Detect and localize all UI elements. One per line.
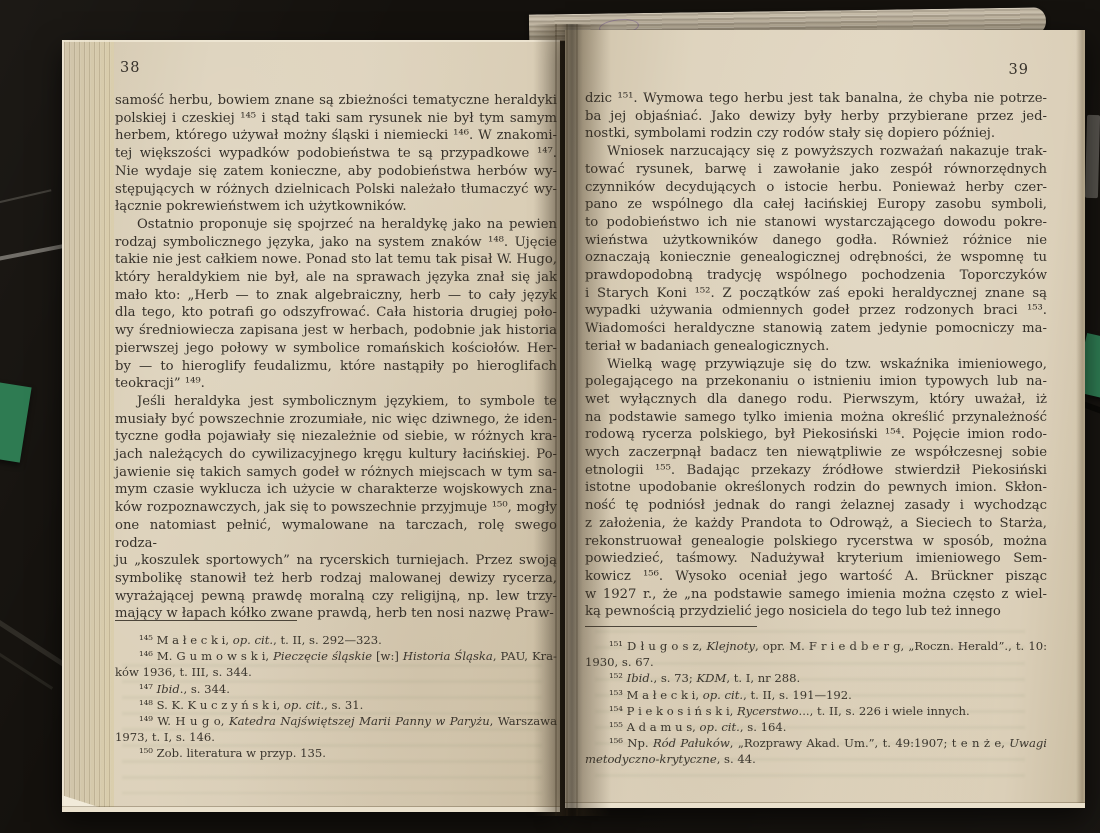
text-line: ¹⁴⁷ Ibid., s. 344. — [115, 681, 557, 697]
paragraph: Jeśli heraldyka jest symbolicznym języki… — [115, 393, 557, 623]
text-line: kowicz ¹⁵⁶. Wysoko oceniał jego wartość … — [585, 568, 1047, 586]
text-line: symbolikę stanowił też herb rodzaj malow… — [115, 570, 557, 588]
text-line: na podstawie samego tylko imienia można … — [585, 409, 1047, 427]
text-line: etnologii ¹⁵⁵. Badając przekazy źródłowe… — [585, 462, 1047, 480]
text-line: polskiej i czeskiej ¹⁴⁵ i stąd taki sam … — [115, 110, 557, 128]
text-line: rodową rycerza polskiego, był Piekosińsk… — [585, 426, 1047, 444]
paragraph: dzic ¹⁵¹. Wymowa tego herbu jest tak ban… — [585, 90, 1047, 143]
body-text-left: samość herbu, bowiem znane są zbieżności… — [115, 92, 557, 623]
text-line: to podobieństwo ich nie stanowi wystarcz… — [585, 214, 1047, 232]
text-line: Nie wydaje się zatem konieczne, aby podo… — [115, 163, 557, 181]
text-line: powiedzieć, taśmowy. Nadużywał kryterium… — [585, 550, 1047, 568]
paragraph: ¹⁵⁵ A d a m u s, op. cit., s. 164. — [585, 719, 1047, 735]
text-line: oznaczają koniecznie genealogicznej odrę… — [585, 249, 1047, 267]
paragraph: ¹⁵² Ibid., s. 73; KDM, t. I, nr 288. — [585, 670, 1047, 686]
text-line: ¹⁵² Ibid., s. 73; KDM, t. I, nr 288. — [585, 670, 1047, 686]
text-line: ¹⁵⁴ P i e k o s i ń s k i, Rycerstwo...,… — [585, 703, 1047, 719]
text-line: Wielką wagę przywiązuje się do tzw. wska… — [585, 356, 1047, 374]
paragraph: ¹⁵⁰ Zob. literatura w przyp. 135. — [115, 745, 557, 761]
text-line: ¹⁴⁹ W. H u g o, Katedra Najświętszej Mar… — [115, 713, 557, 729]
footnotes-right: ¹⁵¹ D ł u g o s z, Klejnoty, opr. M. F r… — [585, 638, 1047, 768]
text-line: musiały być powszechnie zrozumiałe, nic … — [115, 411, 557, 429]
text-line: ba jej objaśniać. Jako dewizy były herby… — [585, 108, 1047, 126]
paragraph: ¹⁴⁷ Ibid., s. 344. — [115, 681, 557, 697]
text-line: Ostatnio proponuje się spojrzeć na heral… — [115, 216, 557, 234]
text-line: istotne upodobanie określonych rodzin do… — [585, 479, 1047, 497]
text-line: ¹⁵³ M a ł e c k i, op. cit., t. II, s. 1… — [585, 687, 1047, 703]
text-line: łącznie pokrewieństwem ich użytkowników. — [115, 198, 557, 216]
text-line: tyczne godła pojawiały się niezależnie o… — [115, 428, 557, 446]
text-line: samość herbu, bowiem znane są zbieżności… — [115, 92, 557, 110]
text-line: ¹⁴⁵ M a ł e c k i, op. cit., t. II, s. 2… — [115, 632, 557, 648]
paragraph: ¹⁵⁴ P i e k o s i ń s k i, Rycerstwo...,… — [585, 703, 1047, 719]
text-line: ¹⁴⁶ M. G u m o w s k i, Pieczęcie śląski… — [115, 648, 557, 664]
background-diagonal-line — [0, 243, 72, 262]
scanned-book-spread: 38 samość herbu, bowiem znane są zbieżno… — [0, 0, 1100, 833]
text-line: 1930, s. 67. — [585, 654, 1047, 670]
text-line: wypadki używania odmiennych godeł przez … — [585, 302, 1047, 320]
book-page-left: 38 samość herbu, bowiem znane są zbieżno… — [62, 40, 560, 812]
text-line: ¹⁵¹ D ł u g o s z, Klejnoty, opr. M. F r… — [585, 638, 1047, 654]
paragraph: ¹⁴⁵ M a ł e c k i, op. cit., t. II, s. 2… — [115, 632, 557, 648]
paragraph: ¹⁵¹ D ł u g o s z, Klejnoty, opr. M. F r… — [585, 638, 1047, 670]
text-line: nostki, symbolami rodzin czy rodów stały… — [585, 125, 1047, 143]
text-line: ¹⁵⁶ Np. Ród Pałuków, „Rozprawy Akad. Um.… — [585, 735, 1047, 751]
text-line: dla tego, kto potrafi go odszyfrować. Ca… — [115, 304, 557, 322]
text-line: ków rozpoznawczych, jak się to powszechn… — [115, 499, 557, 517]
paragraph: samość herbu, bowiem znane są zbieżności… — [115, 92, 557, 216]
paragraph: ¹⁵⁶ Np. Ród Pałuków, „Rozprawy Akad. Um.… — [585, 735, 1047, 767]
text-line: takie nie jest całkiem nowe. Ponad sto l… — [115, 251, 557, 269]
page-edge-right — [1076, 30, 1085, 808]
page-edge-stack-left — [62, 40, 114, 812]
paragraph: ¹⁴⁹ W. H u g o, Katedra Najświętszej Mar… — [115, 713, 557, 745]
footnotes-left: ¹⁴⁵ M a ł e c k i, op. cit., t. II, s. 2… — [115, 632, 557, 762]
text-line: rekonstruował genealogie polskiego rycer… — [585, 533, 1047, 551]
text-line: ność tę podniósł jednak do rangi żelazne… — [585, 497, 1047, 515]
text-line: teokracji” ¹⁴⁹. — [115, 375, 557, 393]
text-line: mym czasie wyklucza ich użycie w charakt… — [115, 481, 557, 499]
footnote-separator-left — [115, 620, 297, 621]
green-band-left — [0, 379, 32, 462]
text-line: metodyczno-krytyczne, s. 44. — [585, 751, 1047, 767]
text-line: by — to hieroglify feudalizmu, które nas… — [115, 358, 557, 376]
text-line: wieństwa użytkowników danego godła. Równ… — [585, 232, 1047, 250]
text-line: w 1927 r., że „na podstawie samego imien… — [585, 586, 1047, 604]
text-line: one natomiast pełnić, wymalowane na tarc… — [115, 517, 557, 552]
text-line: z założenia, że każdy Prandota to Odrową… — [585, 515, 1047, 533]
text-line: mało kto: „Herb — to znak algebraiczny, … — [115, 287, 557, 305]
text-line: czynników decydujących o istocie herbu. … — [585, 179, 1047, 197]
text-line: ¹⁵⁵ A d a m u s, op. cit., s. 164. — [585, 719, 1047, 735]
text-line: herbem, którego używał możny śląski i ni… — [115, 127, 557, 145]
paragraph: ¹⁴⁶ M. G u m o w s k i, Pieczęcie śląski… — [115, 648, 557, 680]
page-bottom-edge — [62, 807, 560, 812]
text-line: ju „koszulek sportowych” na rycerskich t… — [115, 552, 557, 570]
page-number-left: 38 — [120, 60, 140, 76]
page-bottom-edge — [565, 803, 1085, 808]
text-line: teriał w badaniach genealogicznych. — [585, 338, 1047, 356]
body-text-right: dzic ¹⁵¹. Wymowa tego herbu jest tak ban… — [585, 90, 1047, 621]
text-line: stępujących w różnych dzielnicach Polski… — [115, 181, 557, 199]
text-line: który heraldykiem nie był, ale na sprawa… — [115, 269, 557, 287]
text-line: 1973, t. I, s. 146. — [115, 729, 557, 745]
page-number-right: 39 — [1009, 62, 1029, 78]
text-line: wet wyłącznych dla danego rodu. Pierwszy… — [585, 391, 1047, 409]
text-line: rodzaj symbolicznego języka, jako na sys… — [115, 234, 557, 252]
text-line: ką pewnością przydzielić jego nosiciela … — [585, 603, 1047, 621]
background-diagonal-line — [0, 189, 51, 204]
text-line: i Starych Koni ¹⁵². Z początków zaś epok… — [585, 285, 1047, 303]
gray-bar-right — [1085, 115, 1100, 198]
paragraph: Ostatnio proponuje się spojrzeć na heral… — [115, 216, 557, 393]
text-line: tej większości wypadków podobieństwa te … — [115, 145, 557, 163]
text-line: Wniosek narzucający się z powyższych roz… — [585, 143, 1047, 161]
text-line: tować rysunek, barwę i zawołanie jako ze… — [585, 161, 1047, 179]
text-line: pierwszej jego połowy w symbolice romańs… — [115, 340, 557, 358]
text-line: pano ze wspólnego dla całej łacińskiej E… — [585, 196, 1047, 214]
text-line: ¹⁴⁸ S. K. K u c z y ń s k i, op. cit., s… — [115, 697, 557, 713]
text-line: jach należących do cywilizacyjnego kręgu… — [115, 446, 557, 464]
paragraph: ¹⁴⁸ S. K. K u c z y ń s k i, op. cit., s… — [115, 697, 557, 713]
text-line: polegającego na przekonaniu o istnieniu … — [585, 373, 1047, 391]
paragraph: Wniosek narzucający się z powyższych roz… — [585, 143, 1047, 355]
text-line: Wiadomości heraldyczne stanowią zatem je… — [585, 320, 1047, 338]
paragraph: ¹⁵³ M a ł e c k i, op. cit., t. II, s. 1… — [585, 687, 1047, 703]
text-line: wyrażającej pewną prawdę moralną czy rel… — [115, 588, 557, 606]
text-line: wych zaczerpnął badacz ten niewątpliwie … — [585, 444, 1047, 462]
paragraph: Wielką wagę przywiązuje się do tzw. wska… — [585, 356, 1047, 622]
text-line: wy średniowiecza zapisana jest w herbach… — [115, 322, 557, 340]
text-line: prawdopodobną tradycję wspólnego pochodz… — [585, 267, 1047, 285]
text-line: Jeśli heraldyka jest symbolicznym języki… — [115, 393, 557, 411]
page-top-edge — [62, 40, 560, 42]
footnote-separator-right — [585, 626, 757, 627]
text-line: ków 1936, t. III, s. 344. — [115, 664, 557, 680]
text-line: dzic ¹⁵¹. Wymowa tego herbu jest tak ban… — [585, 90, 1047, 108]
text-line: jawienie się takich samych godeł w różny… — [115, 464, 557, 482]
text-line: ¹⁵⁰ Zob. literatura w przyp. 135. — [115, 745, 557, 761]
book-page-right: 39 dzic ¹⁵¹. Wymowa tego herbu jest tak … — [565, 30, 1085, 808]
